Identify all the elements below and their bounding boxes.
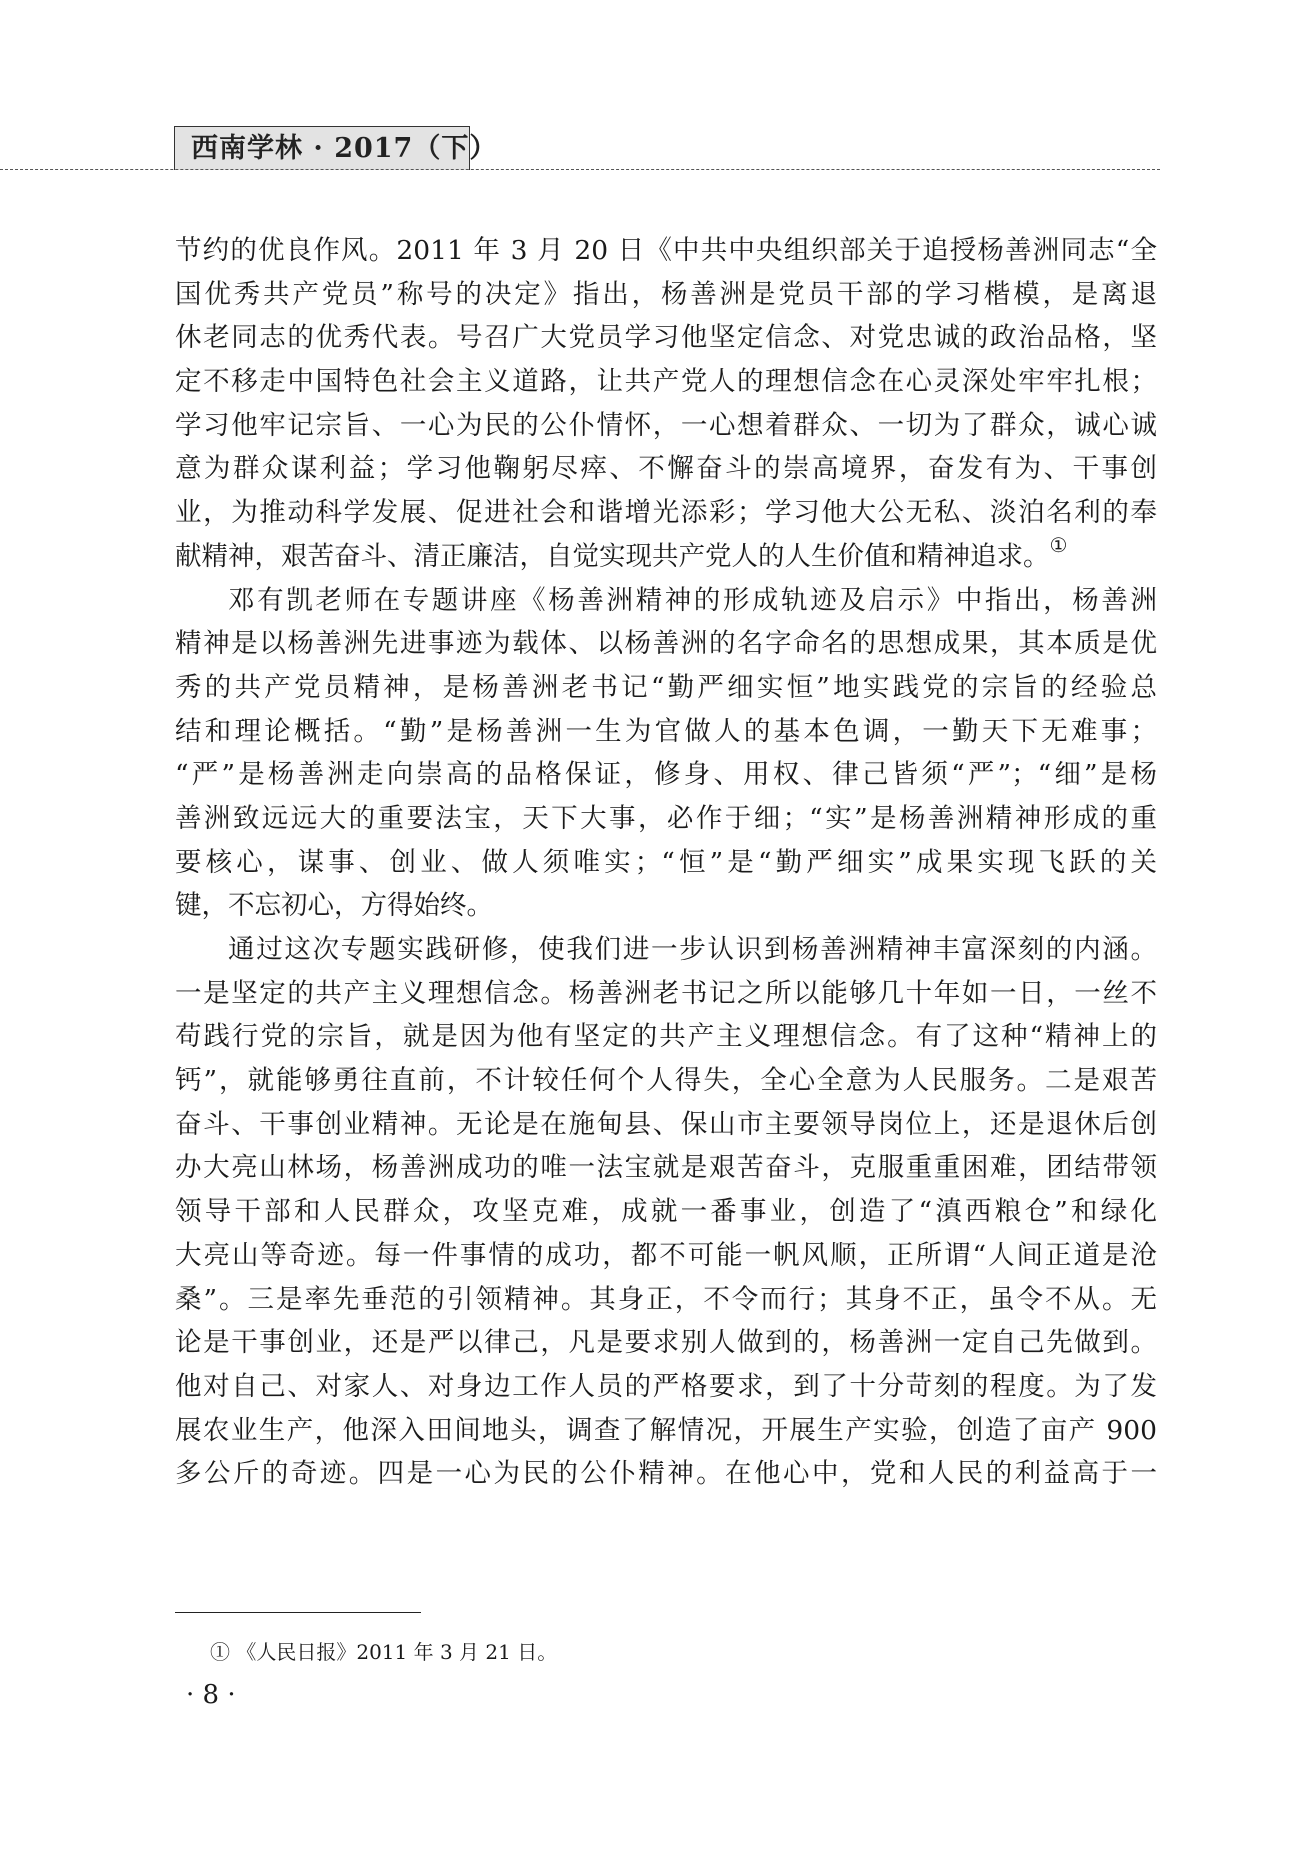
text-line: 善洲致远远大的重要法宝，天下大事，必作于细；“实”是杨善洲精神形成的重 <box>175 797 1157 841</box>
text-line: 桑”。三是率先垂范的引领精神。其身正，不令而行；其身不正，虽令不从。无 <box>175 1278 1157 1322</box>
header-dashed-rule <box>0 169 1160 170</box>
journal-header: 西南学林 · 2017（下） <box>174 126 470 170</box>
text-line: 定不移走中国特色社会主义道路，让共产党人的理想信念在心灵深处牢牢扎根； <box>175 360 1157 404</box>
body-text: 节约的优良作风。2011 年 3 月 20 日《中共中央组织部关于追授杨善洲同志… <box>175 229 1157 1496</box>
text-line: 业，为推动科学发展、促进社会和谐增光添彩；学习他大公无私、淡泊名利的奉 <box>175 491 1157 535</box>
page-number: · 8 · <box>186 1680 236 1710</box>
text-line: 键，不忘初心，方得始终。 <box>175 884 1157 928</box>
text-line: 奋斗、干事创业精神。无论是在施甸县、保山市主要领导岗位上，还是退休后创 <box>175 1103 1157 1147</box>
text-line: 苟践行党的宗旨，就是因为他有坚定的共产主义理想信念。有了这种“精神上的 <box>175 1015 1157 1059</box>
text-line: “严”是杨善洲走向崇高的品格保证，修身、用权、律己皆须“严”；“细”是杨 <box>175 753 1157 797</box>
footnote-marker[interactable]: ① <box>1050 533 1068 557</box>
text-line: 意为群众谋利益；学习他鞠躬尽瘁、不懈奋斗的崇高境界，奋发有为、干事创 <box>175 447 1157 491</box>
text-line: 秀的共产党员精神，是杨善洲老书记“勤严细实恒”地实践党的宗旨的经验总 <box>175 666 1157 710</box>
text-line: 通过这次专题实践研修，使我们进一步认识到杨善洲精神丰富深刻的内涵。 <box>175 928 1157 972</box>
text-line: 邓有凯老师在专题讲座《杨善洲精神的形成轨迹及启示》中指出，杨善洲 <box>175 579 1157 623</box>
text-line: 办大亮山林场，杨善洲成功的唯一法宝就是艰苦奋斗，克服重重困难，团结带领 <box>175 1146 1157 1190</box>
text-line: 钙”，就能够勇往直前，不计较任何个人得失，全心全意为人民服务。二是艰苦 <box>175 1059 1157 1103</box>
text-line: 领导干部和人民群众，攻坚克难，成就一番事业，创造了“滇西粮仓”和绿化 <box>175 1190 1157 1234</box>
text-line: 一是坚定的共产主义理想信念。杨善洲老书记之所以能够几十年如一日，一丝不 <box>175 972 1157 1016</box>
text-line: 论是干事创业，还是严以律己，凡是要求别人做到的，杨善洲一定自己先做到。 <box>175 1321 1157 1365</box>
text-line: 他对自己、对家人、对身边工作人员的严格要求，到了十分苛刻的程度。为了发 <box>175 1365 1157 1409</box>
text-line: 献精神，艰苦奋斗、清正廉洁，自觉实现共产党人的人生价值和精神追求。① <box>175 535 1157 579</box>
text-line: 节约的优良作风。2011 年 3 月 20 日《中共中央组织部关于追授杨善洲同志… <box>175 229 1157 273</box>
journal-title: 西南学林 · 2017（下） <box>191 133 497 164</box>
text-line: 展农业生产，他深入田间地头，调查了解情况，开展生产实验，创造了亩产 900 <box>175 1409 1157 1453</box>
text-line: 国优秀共产党员”称号的决定》指出，杨善洲是党员干部的学习楷模，是离退 <box>175 273 1157 317</box>
text-line: 学习他牢记宗旨、一心为民的公仆情怀，一心想着群众、一切为了群众，诚心诚 <box>175 404 1157 448</box>
text-line: 多公斤的奇迹。四是一心为民的公仆精神。在他心中，党和人民的利益高于一 <box>175 1452 1157 1496</box>
footnote-rule <box>175 1612 421 1613</box>
text-line: 精神是以杨善洲先进事迹为载体、以杨善洲的名字命名的思想成果，其本质是优 <box>175 622 1157 666</box>
text-line: 结和理论概括。“勤”是杨善洲一生为官做人的基本色调，一勤天下无难事； <box>175 710 1157 754</box>
text-line: 大亮山等奇迹。每一件事情的成功，都不可能一帆风顺，正所谓“人间正道是沧 <box>175 1234 1157 1278</box>
text-line: 休老同志的优秀代表。号召广大党员学习他坚定信念、对党忠诚的政治品格，坚 <box>175 316 1157 360</box>
text-line: 要核心，谋事、创业、做人须唯实；“恒”是“勤严细实”成果实现飞跃的关 <box>175 841 1157 885</box>
text-line-content: 献精神，艰苦奋斗、清正廉洁，自觉实现共产党人的人生价值和精神追求。 <box>175 541 1050 572</box>
footnote: ① 《人民日报》2011 年 3 月 21 日。 <box>210 1636 557 1665</box>
